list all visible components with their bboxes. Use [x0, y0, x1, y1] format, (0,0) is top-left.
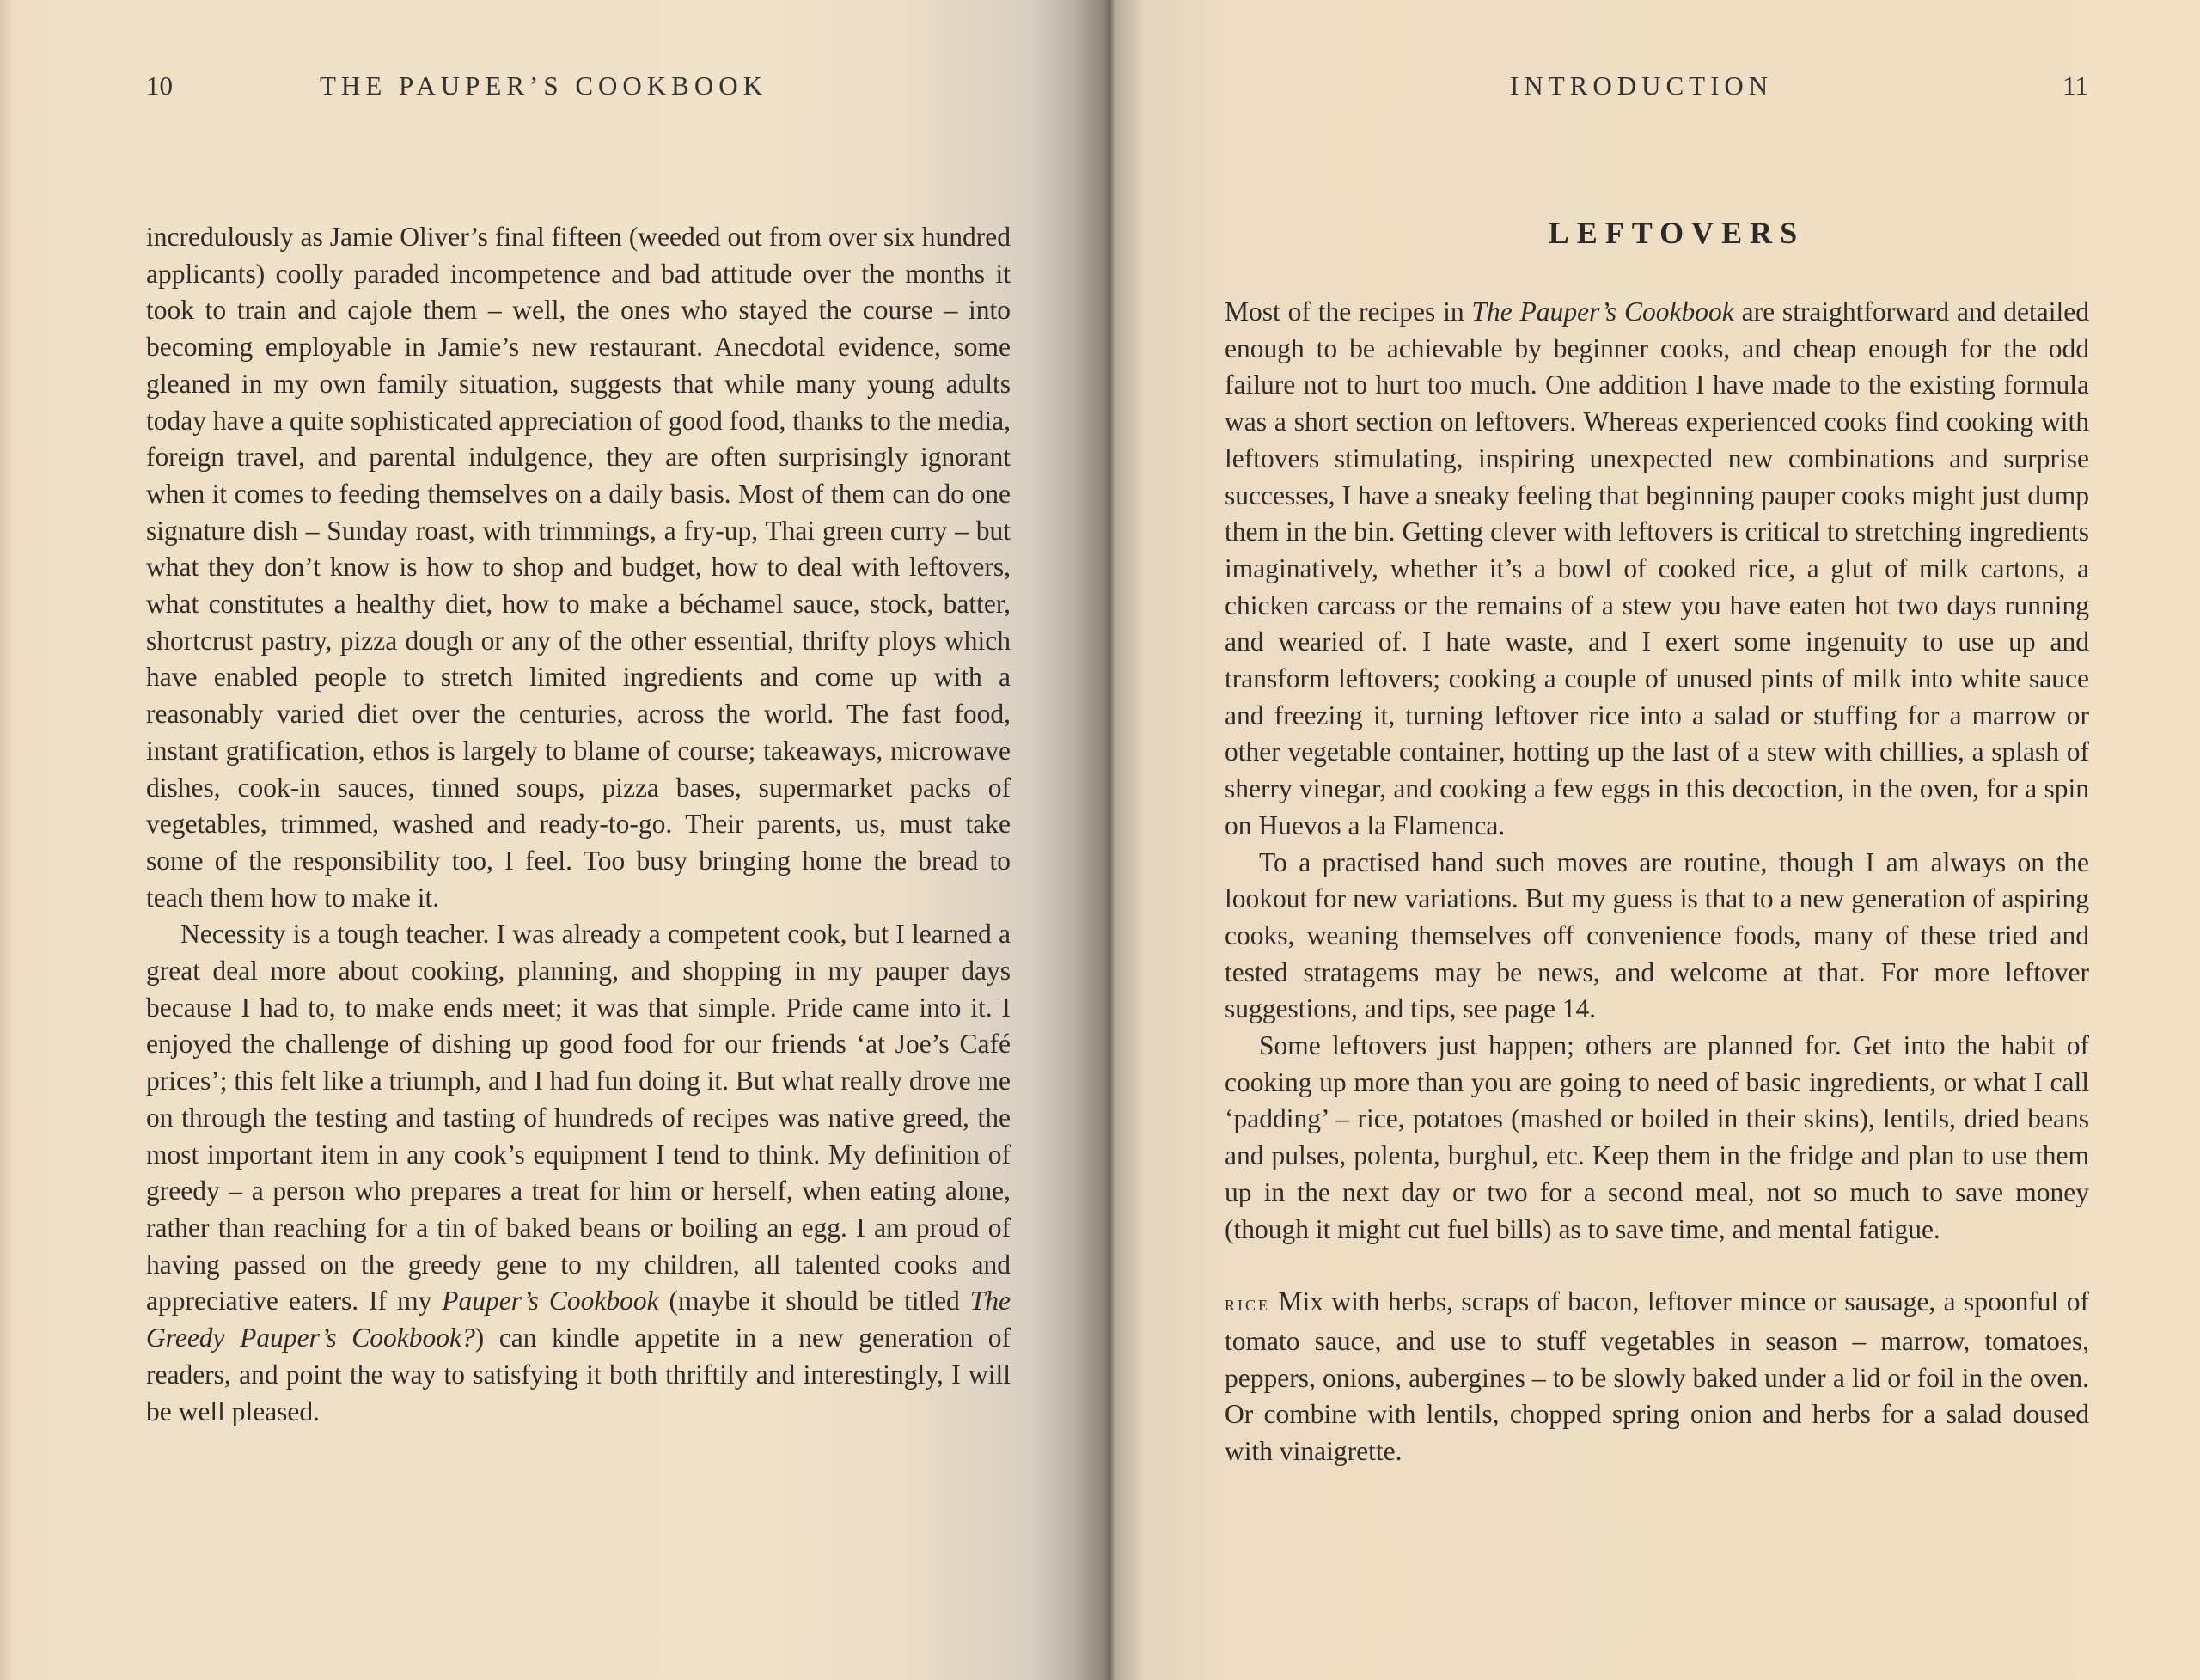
- paragraph-text: (maybe it should be titled: [659, 1286, 970, 1316]
- book-title-italic: The Pauper’s Cookbook: [1471, 296, 1733, 327]
- spacer: [1225, 1248, 2089, 1284]
- paragraph-text: Most of the recipes in: [1225, 296, 1471, 327]
- page-number-left: 10: [146, 70, 173, 101]
- rice-entry: RICE Mix with herbs, scraps of bacon, le…: [1225, 1284, 2089, 1470]
- paragraph: Some leftovers just happen; others are p…: [1225, 1028, 2089, 1248]
- entry-text: Mix with herbs, scraps of bacon, leftove…: [1225, 1286, 2089, 1466]
- section-title: LEFTOVERS: [1110, 215, 2200, 251]
- paragraph-text: Necessity is a tough teacher. I was alre…: [146, 919, 1011, 1316]
- book-title-italic: Pauper’s Cookbook: [442, 1286, 658, 1316]
- running-head-right: INTRODUCTION: [1510, 70, 1773, 101]
- page-number-right: 11: [2062, 70, 2088, 101]
- right-page: INTRODUCTION 11 LEFTOVERS Most of the re…: [1110, 0, 2200, 1680]
- book-spread: 10 THE PAUPER’S COOKBOOK incredulously a…: [0, 0, 2200, 1680]
- paragraph: Most of the recipes in The Pauper’s Cook…: [1225, 294, 2089, 845]
- right-page-body: Most of the recipes in The Pauper’s Cook…: [1225, 294, 2089, 1470]
- paragraph: incredulously as Jamie Oliver’s final fi…: [146, 219, 1011, 916]
- paragraph: To a practised hand such moves are routi…: [1225, 845, 2089, 1029]
- paragraph: Necessity is a tough teacher. I was alre…: [146, 916, 1011, 1430]
- left-page-body: incredulously as Jamie Oliver’s final fi…: [146, 219, 1011, 1430]
- paragraph-text: are straightforward and detailed enough …: [1225, 296, 2089, 840]
- entry-label: RICE: [1225, 1292, 1270, 1316]
- left-page: 10 THE PAUPER’S COOKBOOK incredulously a…: [0, 0, 1110, 1680]
- running-head-left: THE PAUPER’S COOKBOOK: [320, 70, 767, 101]
